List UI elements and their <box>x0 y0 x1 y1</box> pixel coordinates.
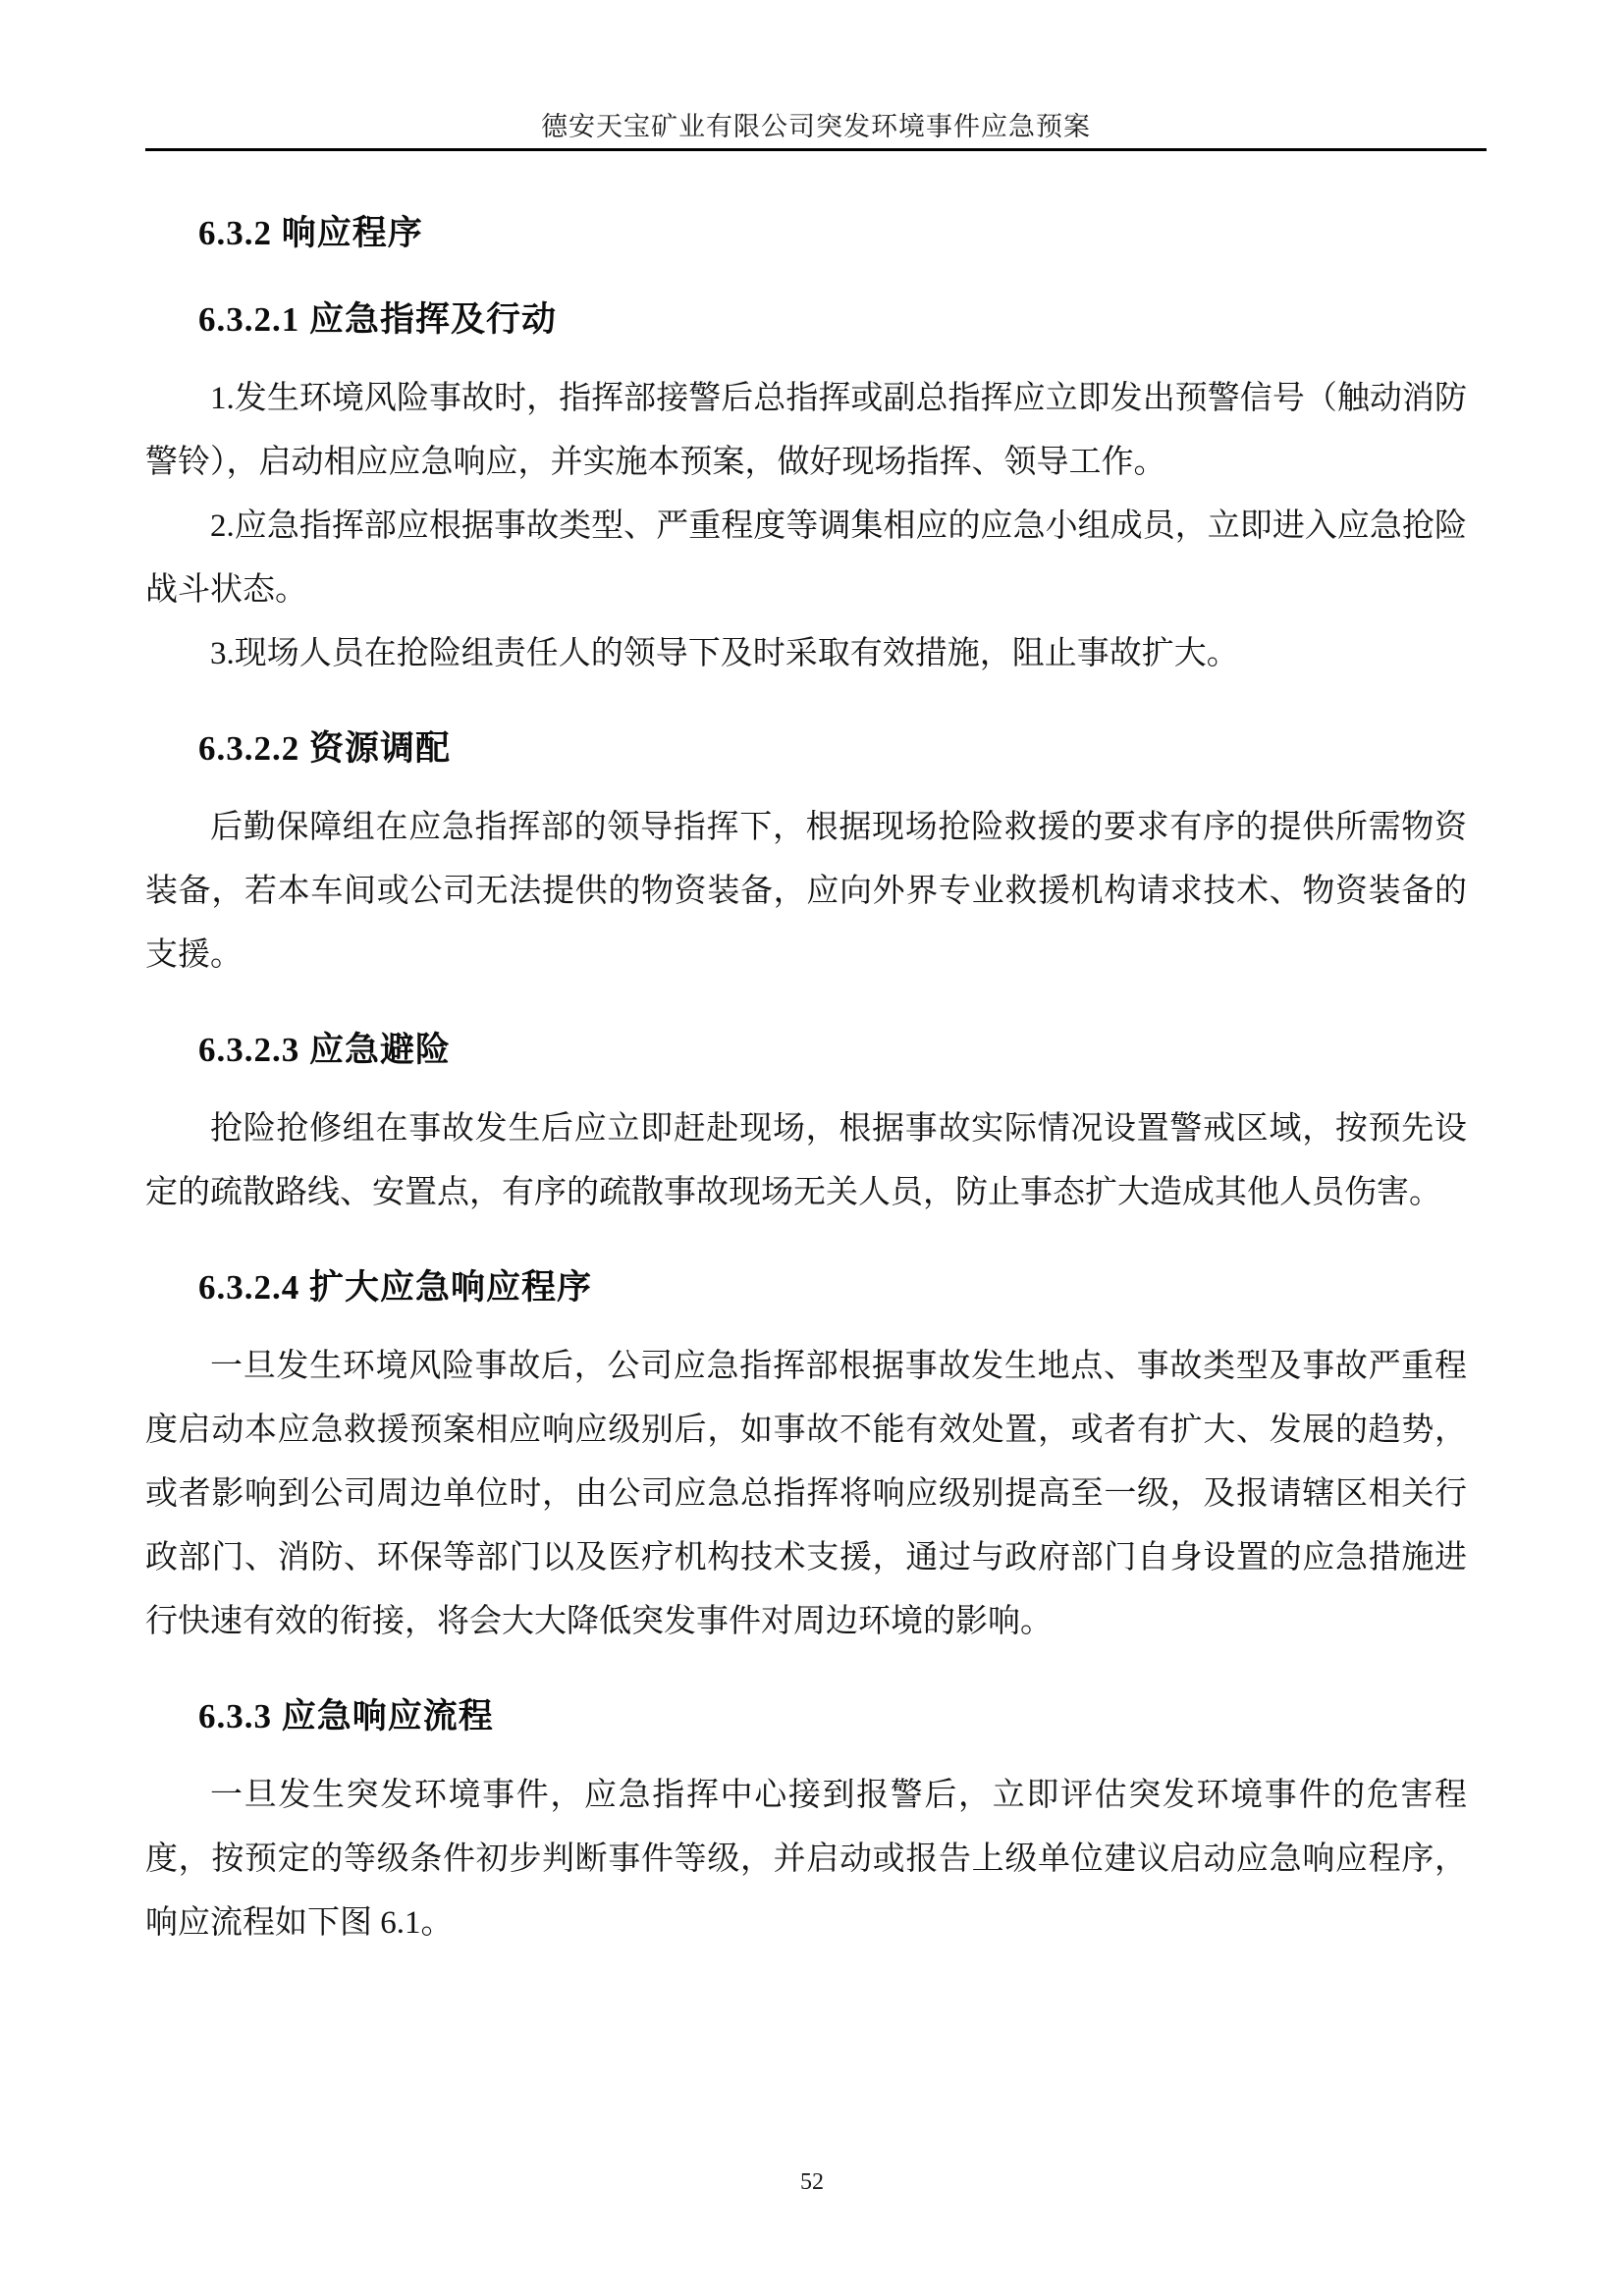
paragraph-response-flow: 一旦发生突发环境事件，应急指挥中心接到报警后，立即评估突发环境事件的危害程度，按… <box>145 1764 1467 1955</box>
heading-6-3-3: 6.3.3 应急响应流程 <box>198 1693 1467 1740</box>
paragraph-resource-allocation: 后勤保障组在应急指挥部的领导指挥下，根据现场抢险救援的要求有序的提供所需物资装备… <box>145 796 1467 988</box>
paragraph-emergency-avoidance: 抢险抢修组在事故发生后应立即赶赴现场，根据事故实际情况设置警戒区域，按预先设定的… <box>145 1097 1467 1225</box>
paragraph-emergency-command-3: 3.现场人员在抢险组责任人的领导下及时采取有效措施，阻止事故扩大。 <box>145 622 1467 686</box>
page-number: 52 <box>800 2169 824 2195</box>
header-title: 德安天宝矿业有限公司突发环境事件应急预案 <box>145 108 1487 145</box>
heading-6-3-2-1: 6.3.2.1 应急指挥及行动 <box>198 296 1467 344</box>
paragraph-emergency-command-1: 1.发生环境风险事故时，指挥部接警后总指挥或副总指挥应立即发出预警信号（触动消防… <box>145 367 1467 495</box>
heading-6-3-2-2: 6.3.2.2 资源调配 <box>198 725 1467 773</box>
page-content: 6.3.2 响应程序 6.3.2.1 应急指挥及行动 1.发生环境风险事故时，指… <box>0 151 1624 1955</box>
page-header: 德安天宝矿业有限公司突发环境事件应急预案 <box>0 0 1624 151</box>
document-page: 德安天宝矿业有限公司突发环境事件应急预案 6.3.2 响应程序 6.3.2.1 … <box>0 0 1624 2296</box>
page-footer: 52 <box>0 2169 1624 2196</box>
paragraph-emergency-command-2: 2.应急指挥部应根据事故类型、严重程度等调集相应的应急小组成员，立即进入应急抢险… <box>145 495 1467 622</box>
heading-6-3-2: 6.3.2 响应程序 <box>198 210 1467 257</box>
heading-6-3-2-3: 6.3.2.3 应急避险 <box>198 1027 1467 1074</box>
paragraph-expanded-response: 一旦发生环境风险事故后，公司应急指挥部根据事故发生地点、事故类型及事故严重程度启… <box>145 1335 1467 1654</box>
heading-6-3-2-4: 6.3.2.4 扩大应急响应程序 <box>198 1264 1467 1311</box>
